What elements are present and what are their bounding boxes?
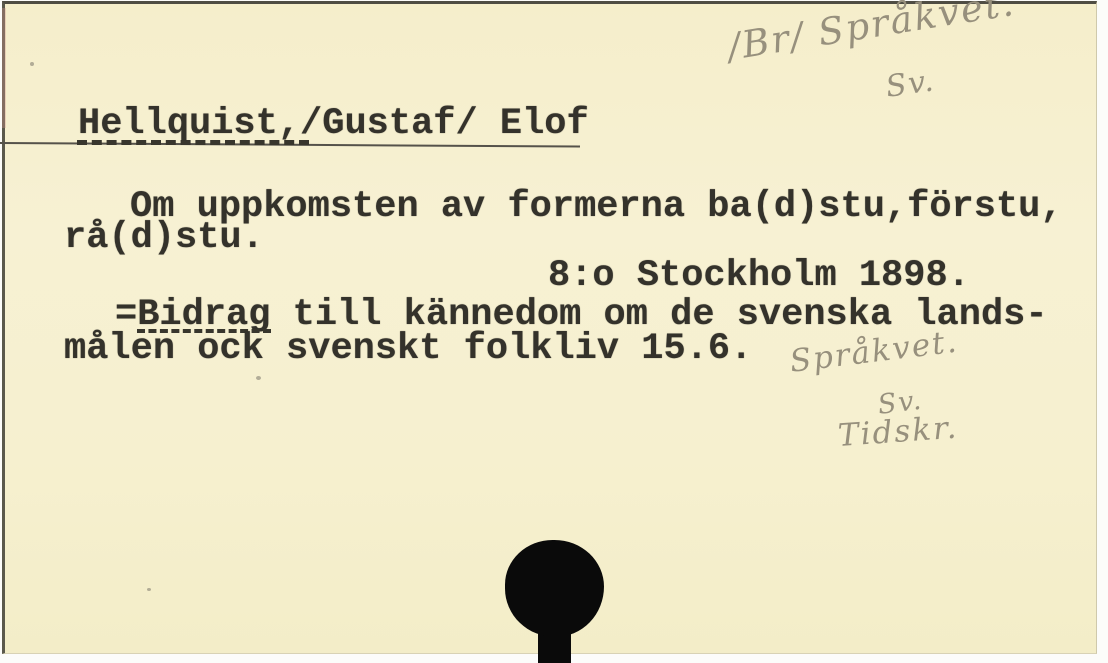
scan-speck	[147, 588, 151, 591]
title-line-2: rå(d)stu.	[64, 220, 264, 257]
title-line-1: Om uppkomsten av formerna ba(d)stu,först…	[130, 189, 1063, 226]
scan-speck	[30, 62, 34, 66]
scan-edge-artifact	[2, 8, 6, 128]
pencil-note-top-right-line2: Sv.	[884, 63, 938, 105]
author-surname: Hellquist,	[78, 103, 300, 145]
author-heading: Hellquist,/Gustaf/ Elof	[78, 106, 589, 143]
scan-speck	[256, 376, 261, 380]
scanned-catalog-card-page: Hellquist,/Gustaf/ Elof Om uppkomsten av…	[0, 0, 1108, 663]
author-forenames: /Gustaf/ Elof	[300, 103, 589, 145]
imprint-line: 8:o Stockholm 1898.	[548, 258, 970, 295]
hole-punch-circle	[505, 540, 604, 637]
series-line-2: målen ock svenskt folkliv 15.6.	[64, 331, 752, 368]
